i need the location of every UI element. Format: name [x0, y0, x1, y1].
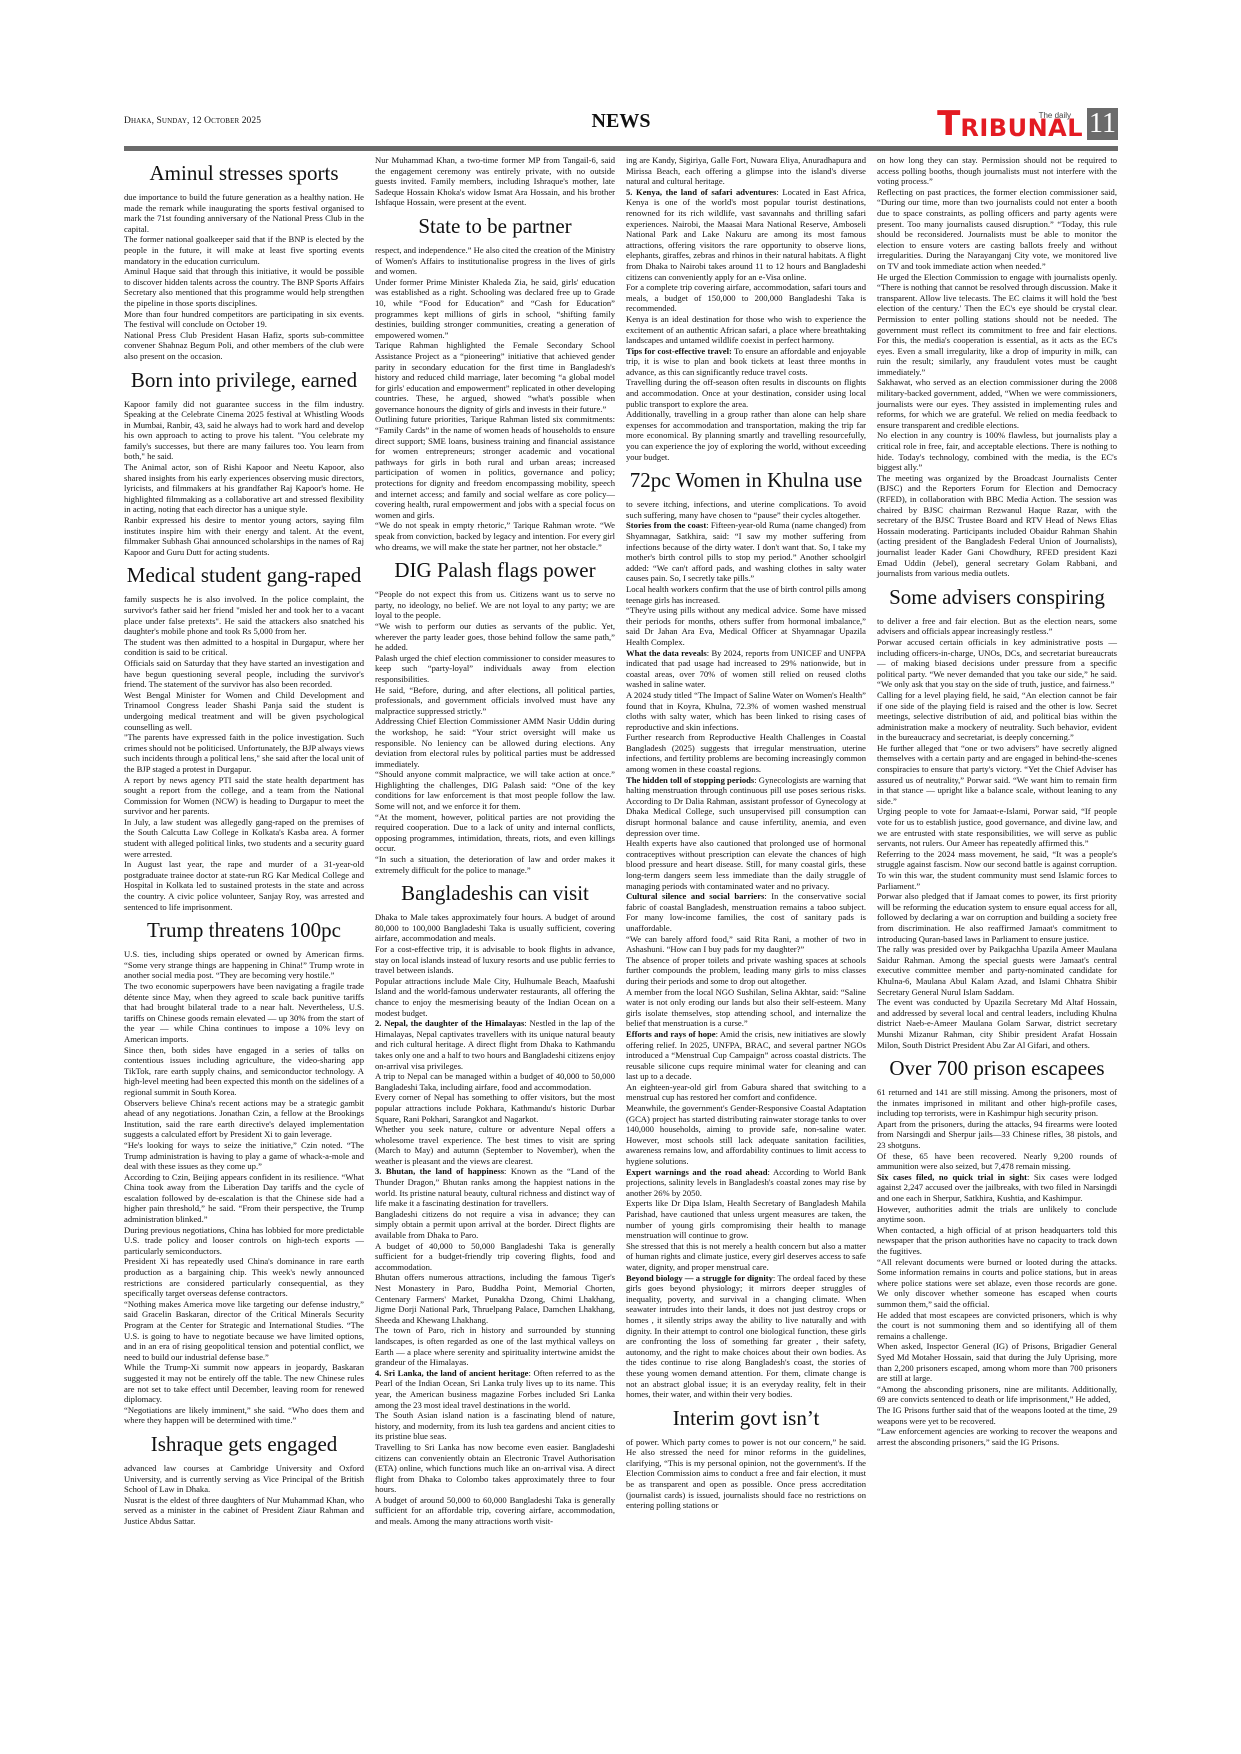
paragraph: “Should anyone commit malpractice, we wi…: [375, 769, 615, 811]
paragraph: Kapoor family did not guarantee success …: [124, 399, 364, 463]
subhead: 4. Sri Lanka, the land of ancient herita…: [375, 1368, 528, 1378]
paragraph: respect, and independence.” He also cite…: [375, 245, 615, 277]
paragraph: Every corner of Nepal has something to o…: [375, 1092, 615, 1124]
paragraph: For a cost-effective trip, it is advisab…: [375, 944, 615, 976]
logo-first-letter: T: [937, 108, 960, 140]
paragraph: Tarique Rahman highlighted the Female Se…: [375, 340, 615, 414]
paragraph: No election in any country is 100% flawl…: [877, 430, 1117, 472]
subhead: What the data reveals: [626, 648, 707, 658]
paragraph: In July, a law student was allegedly gan…: [124, 817, 364, 859]
subhead: 2. Nepal, the daughter of the Himalayas: [375, 1018, 524, 1028]
paragraph: Six cases filed, no quick trial in sight…: [877, 1172, 1117, 1204]
headline: Some advisers conspiring: [877, 585, 1117, 609]
paragraph: Reflecting on past practices, the former…: [877, 187, 1117, 272]
paragraph: However, authorities admit the trials ar…: [877, 1204, 1117, 1225]
paragraph: The hidden toll of stopping periods: Gyn…: [626, 775, 866, 839]
paragraph: A budget of around 50,000 to 60,000 Bang…: [375, 1495, 615, 1527]
paragraph: “We can barely afford food,” said Rita R…: [626, 934, 866, 955]
subhead: Beyond biology — a struggle for dignity: [626, 1273, 773, 1283]
paragraph: In August last year, the rape and murder…: [124, 859, 364, 912]
subhead: Expert warnings and the road ahead: [626, 1167, 768, 1177]
paragraph: Porwar also pledged that if Jamaat comes…: [877, 891, 1117, 944]
paragraph: Calling for a level playing field, he sa…: [877, 690, 1117, 743]
paragraph: The Animal actor, son of Rishi Kapoor an…: [124, 462, 364, 515]
paragraph: The town of Paro, rich in history and su…: [375, 1325, 615, 1367]
paragraph: Tips for cost-effective travel: To ensur…: [626, 346, 866, 378]
paragraph: The student was then admitted to a hospi…: [124, 637, 364, 658]
paragraph: Bangladeshi citizens do not require a vi…: [375, 1209, 615, 1241]
paragraph: The IG Prisons further said that of the …: [877, 1405, 1117, 1426]
paragraph: “Among the absconding prisoners, nine ar…: [877, 1384, 1117, 1405]
paragraph: West Bengal Minister for Women and Child…: [124, 690, 364, 732]
paragraph: While the Trump-Xi summit now appears in…: [124, 1362, 364, 1404]
subhead: 3. Bhutan, the land of happiness: [375, 1166, 504, 1176]
headline: Born into privilege, earned: [124, 368, 364, 392]
paragraph: National Press Club President Hasan Hafi…: [124, 330, 364, 362]
tribunal-logo: T The daily RIBUNAL 11: [937, 104, 1118, 140]
paragraph: Outlining future priorities, Tarique Rah…: [375, 414, 615, 520]
paragraph: "The parents have expressed faith in the…: [124, 732, 364, 774]
page-number: 11: [1087, 108, 1118, 140]
paragraph: What the data reveals: By 2024, reports …: [626, 648, 866, 690]
paragraph: Nusrat is the eldest of three daughters …: [124, 1495, 364, 1527]
paragraph: Kenya is an ideal destination for those …: [626, 314, 866, 346]
subhead: Tips for cost-effective travel:: [626, 346, 732, 356]
paragraph: Experts like Dr Dipa Islam, Health Secre…: [626, 1198, 866, 1240]
paragraph: to severe itching, infections, and uteri…: [626, 499, 866, 520]
paragraph: “They're using pills without any medical…: [626, 605, 866, 647]
paragraph: Since then, both sides have engaged in a…: [124, 1045, 364, 1098]
headline: Ishraque gets engaged: [124, 1432, 364, 1456]
paragraph: Expert warnings and the road ahead: Acco…: [626, 1167, 866, 1199]
paragraph: Meanwhile, the government's Gender-Respo…: [626, 1103, 866, 1167]
masthead: Dhaka, Sunday, 12 October 2025 NEWS T Th…: [124, 100, 1118, 144]
paragraph: He added that most escapees are convicte…: [877, 1310, 1117, 1342]
paragraph: The meeting was organized by the Broadca…: [877, 473, 1117, 579]
logo-tagline: The daily: [1039, 104, 1071, 128]
paragraph: Additionally, travelling in a group rath…: [626, 409, 866, 462]
paragraph: “All relevant documents were burned or l…: [877, 1257, 1117, 1310]
paragraph: 4. Sri Lanka, the land of ancient herita…: [375, 1368, 615, 1410]
paragraph: Of these, 65 have been recovered. Nearly…: [877, 1151, 1117, 1172]
paragraph: For a complete trip covering airfare, ac…: [626, 282, 866, 314]
paragraph: “He's looking for ways to seize the init…: [124, 1140, 364, 1172]
paragraph: Addressing Chief Election Commissioner A…: [375, 716, 615, 769]
paragraph: “In such a situation, the deterioration …: [375, 854, 615, 875]
paragraph: “Law enforcement agencies are working to…: [877, 1426, 1117, 1447]
paragraph: Travelling during the off-season often r…: [626, 377, 866, 409]
paragraph: “At the moment, however, political parti…: [375, 812, 615, 854]
paragraph: The absence of proper toilets and privat…: [626, 955, 866, 987]
headline: Over 700 prison escapees: [877, 1056, 1117, 1080]
paragraph: on how long they can stay. Permission sh…: [877, 155, 1117, 187]
headline: Medical student gang-raped: [124, 563, 364, 587]
paragraph: U.S. ties, including ships operated or o…: [124, 949, 364, 981]
paragraph: According to Czin, Beijing appears confi…: [124, 1172, 364, 1225]
paragraph: 5. Kenya, the land of safari adventures:…: [626, 187, 866, 282]
paragraph: A budget of 40,000 to 50,000 Bangladeshi…: [375, 1241, 615, 1273]
paragraph: Apart from the prisoners, during the att…: [877, 1119, 1117, 1151]
paragraph: “People do not expect this from us. Citi…: [375, 589, 615, 621]
paragraph: “We do not speak in empty rhetoric,” Tar…: [375, 520, 615, 552]
headline: 72pc Women in Khulna use: [626, 468, 866, 492]
paragraph: A member from the local NGO Sushilan, Se…: [626, 987, 866, 1029]
paragraph: Porwar accused certain officials in key …: [877, 637, 1117, 690]
paragraph: Stories from the coast: Fifteen-year-old…: [626, 520, 866, 584]
paragraph: Whether you seek nature, culture or adve…: [375, 1124, 615, 1166]
paragraph: due importance to build the future gener…: [124, 192, 364, 234]
paragraph: family suspects he is also involved. In …: [124, 594, 364, 636]
headline: DIG Palash flags power: [375, 558, 615, 582]
paragraph: When contacted, a high official of at pr…: [877, 1225, 1117, 1257]
paragraph: During previous negotiations, China has …: [124, 1225, 364, 1257]
paragraph: Palash urged the chief election commissi…: [375, 653, 615, 685]
header-rule: [124, 146, 1118, 151]
headline: State to be partner: [375, 214, 615, 238]
paragraph: to deliver a free and fair election. But…: [877, 616, 1117, 637]
paragraph: Observers believe China's recent actions…: [124, 1098, 364, 1140]
column-4: on how long they can stay. Permission sh…: [877, 155, 1117, 1527]
paragraph: advanced law courses at Cambridge Univer…: [124, 1463, 364, 1495]
paragraph: Travelling to Sri Lanka has now become e…: [375, 1442, 615, 1495]
logo-wordmark: The daily RIBUNAL: [960, 116, 1083, 140]
paragraph: Sakhawat, who served as an election comm…: [877, 377, 1117, 430]
paragraph: Health experts have also cautioned that …: [626, 838, 866, 891]
paragraph: She stressed that this is not merely a h…: [626, 1241, 866, 1273]
paragraph: The former national goalkeeper said that…: [124, 234, 364, 266]
paragraph: “Negotiations are likely imminent,” she …: [124, 1405, 364, 1426]
paragraph: “Nothing makes America move like targeti…: [124, 1299, 364, 1363]
paragraph: The event was conducted by Upazila Secre…: [877, 997, 1117, 1050]
paragraph: The two economic superpowers have been n…: [124, 981, 364, 1045]
subhead: Cultural silence and social barriers: [626, 891, 764, 901]
paragraph: “We wish to perform our duties as servan…: [375, 621, 615, 653]
subhead: Six cases filed, no quick trial in sight: [877, 1172, 1027, 1182]
paragraph: 2. Nepal, the daughter of the Himalayas:…: [375, 1018, 615, 1071]
headline: Trump threatens 100pc: [124, 918, 364, 942]
paragraph: Officials said on Saturday that they hav…: [124, 658, 364, 690]
paragraph: Local health workers confirm that the us…: [626, 584, 866, 605]
paragraph: Nur Muhammad Khan, a two-time former MP …: [375, 155, 615, 208]
column-1: Aminul stresses sports due importance to…: [124, 155, 364, 1527]
paragraph: ing are Kandy, Sigiriya, Galle Fort, Nuw…: [626, 155, 866, 187]
headline: Interim govt isn’t: [626, 1406, 866, 1430]
paragraph: He further alleged that “one or two advi…: [877, 743, 1117, 807]
paragraph: Further research from Reproductive Healt…: [626, 732, 866, 774]
paragraph: Ranbir expressed his desire to mentor yo…: [124, 515, 364, 557]
paragraph: The South Asian island nation is a fasci…: [375, 1410, 615, 1442]
headline: Aminul stresses sports: [124, 161, 364, 185]
subhead: The hidden toll of stopping periods: [626, 775, 754, 785]
paragraph: The rally was presided over by Paikgachh…: [877, 944, 1117, 997]
paragraph: He urged the Election Commission to enga…: [877, 272, 1117, 378]
paragraph: Dhaka to Male takes approximately four h…: [375, 912, 615, 944]
paragraph: A trip to Nepal can be managed within a …: [375, 1071, 615, 1092]
paragraph: When asked, Inspector General (IG) of Pr…: [877, 1341, 1117, 1383]
headline: Bangladeshis can visit: [375, 881, 615, 905]
paragraph: A report by news agency PTI said the sta…: [124, 775, 364, 817]
paragraph: He said, “Before, during, and after elec…: [375, 685, 615, 717]
columns: Aminul stresses sports due importance to…: [124, 155, 1118, 1527]
paragraph: A 2024 study titled “The Impact of Salin…: [626, 690, 866, 732]
column-2: Nur Muhammad Khan, a two-time former MP …: [375, 155, 615, 1527]
paragraph: Bhutan offers numerous attractions, incl…: [375, 1272, 615, 1325]
paragraph: An eighteen-year-old girl from Gabura sh…: [626, 1082, 866, 1103]
newspaper-page: Dhaka, Sunday, 12 October 2025 NEWS T Th…: [124, 100, 1118, 1527]
paragraph: Urging people to vote for Jamaat-e-Islam…: [877, 806, 1117, 848]
paragraph: Aminul Haque said that through this init…: [124, 266, 364, 308]
paragraph: 3. Bhutan, the land of happiness: Known …: [375, 1166, 615, 1208]
subhead: 5. Kenya, the land of safari adventures: [626, 187, 776, 197]
paragraph: President Xi has repeatedly used China's…: [124, 1256, 364, 1298]
subhead: Efforts and rays of hope: [626, 1029, 716, 1039]
paragraph: Beyond biology — a struggle for dignity:…: [626, 1273, 866, 1400]
column-3: ing are Kandy, Sigiriya, Galle Fort, Nuw…: [626, 155, 866, 1527]
paragraph: Under former Prime Minister Khaleda Zia,…: [375, 277, 615, 341]
paragraph: Popular attractions include Male City, H…: [375, 976, 615, 1018]
paragraph: Referring to the 2024 mass movement, he …: [877, 849, 1117, 891]
subhead: Stories from the coast: [626, 520, 706, 530]
paragraph: of power. Which party comes to power is …: [626, 1437, 866, 1511]
paragraph: More than four hundred competitors are p…: [124, 309, 364, 330]
paragraph: Cultural silence and social barriers: In…: [626, 891, 866, 933]
paragraph: Efforts and rays of hope: Amid the crisi…: [626, 1029, 866, 1082]
paragraph: 61 returned and 141 are still missing. A…: [877, 1087, 1117, 1119]
